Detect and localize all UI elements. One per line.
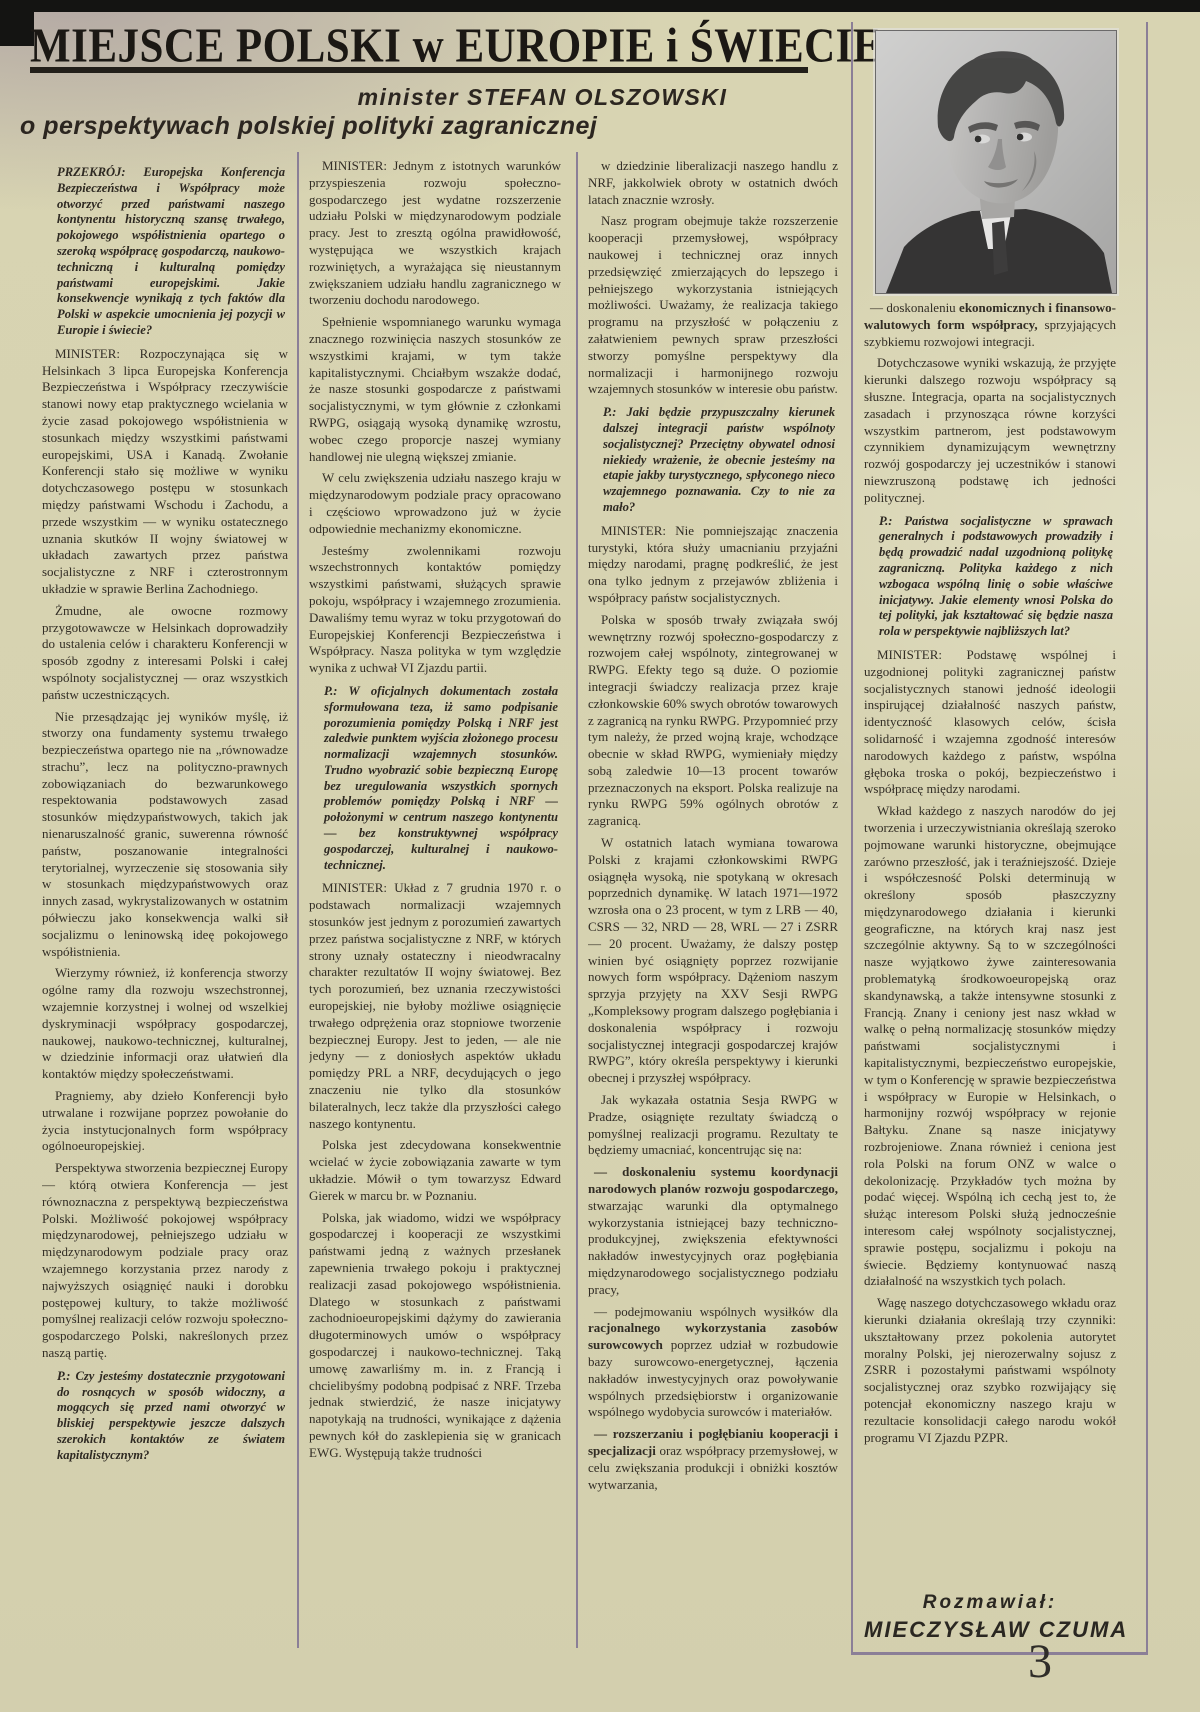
newspaper-page: MIEJSCE POLSKI w EUROPIE i ŚWIECIE minis… <box>0 0 1200 1712</box>
paragraph: — podejmowaniu wspólnych wysiłków dla ra… <box>588 1304 838 1422</box>
column-rule <box>851 22 853 1652</box>
paragraph: Polska, jak wiadomo, widzi we współpracy… <box>309 1210 561 1462</box>
column-rule <box>297 152 299 1648</box>
paragraph: MINISTER: Nie pomniejszając znaczenia tu… <box>588 523 838 607</box>
paragraph: Dotychczasowe wyniki wskazują, że przyję… <box>864 355 1116 506</box>
paragraph: Wkład każdego z naszych narodów do jej t… <box>864 803 1116 1290</box>
text-column-2: MINISTER: Jednym z istotnych warunków pr… <box>309 158 561 1646</box>
subheadline-minister-name: minister STEFAN OLSZOWSKI <box>280 84 805 111</box>
paragraph: Pragniemy, aby dzieło Konferencji było u… <box>42 1088 288 1155</box>
byline-label: Rozmawiał: <box>864 1592 1116 1614</box>
paragraph: Polska w sposób trwały związała swój wew… <box>588 612 838 830</box>
paragraph: MINISTER: Podstawę wspólnej i uzgodnione… <box>864 647 1116 798</box>
minister-portrait-photo <box>875 30 1117 294</box>
paragraph: Polska jest zdecydowana konsekwentnie wc… <box>309 1137 561 1204</box>
paragraph: — doskonaleniu ekonomicznych i finansowo… <box>864 300 1116 350</box>
paragraph: Wagę naszego dotychczasowego wkładu oraz… <box>864 1295 1116 1446</box>
paragraph: Perspektywa stworzenia bezpiecznej Europ… <box>42 1160 288 1362</box>
paragraph: Jak wykazała ostatnia Sesja RWPG w Pradz… <box>588 1092 838 1159</box>
paragraph: w dziedzinie liberalizacji naszego handl… <box>588 158 838 208</box>
paragraph: MINISTER: Jednym z istotnych warunków pr… <box>309 158 561 309</box>
scan-top-edge <box>0 0 1200 12</box>
paragraph: Nasz program obejmuje także rozszerzenie… <box>588 213 838 398</box>
paragraph: W celu zwiększenia udziału naszego kraju… <box>309 470 561 537</box>
paragraph: P.: Czy jesteśmy dostatecznie przygotowa… <box>42 1369 288 1464</box>
text-column-3: w dziedzinie liberalizacji naszego handl… <box>588 158 838 1646</box>
column-rule <box>1146 22 1148 1652</box>
headline-underline <box>30 67 808 73</box>
paragraph: Spełnienie wspomnianego warunku wymaga z… <box>309 314 561 465</box>
page-number: 3 <box>1000 1634 1080 1689</box>
column-rule <box>576 152 578 1648</box>
paragraph: — doskonaleniu systemu koordynacji narod… <box>588 1164 838 1298</box>
text-column-4: — doskonaleniu ekonomicznych i finansowo… <box>864 300 1116 1590</box>
paragraph: W ostatnich latach wymiana towarowa Pols… <box>588 835 838 1087</box>
portrait-illustration <box>876 31 1116 293</box>
paragraph: MINISTER: Układ z 7 grudnia 1970 r. o po… <box>309 880 561 1132</box>
paragraph: MINISTER: Rozpoczynająca się w Helsinkac… <box>42 346 288 598</box>
paragraph: — rozszerzaniu i pogłębianiu kooperacji … <box>588 1426 838 1493</box>
scan-corner-shadow <box>0 0 34 46</box>
paragraph: P.: Państwa socjalistyczne w sprawach ge… <box>864 514 1116 640</box>
paragraph: P.: Jaki będzie przypuszczalny kierunek … <box>588 405 838 516</box>
text-column-1: PRZEKRÓJ: Europejska Konferencja Bezpiec… <box>42 158 288 1646</box>
paragraph: Żmudne, ale owocne rozmowy przygotowawcz… <box>42 603 288 704</box>
paragraph: PRZEKRÓJ: Europejska Konferencja Bezpiec… <box>42 165 288 339</box>
article-headline: MIEJSCE POLSKI w EUROPIE i ŚWIECIE <box>30 18 815 74</box>
paragraph: P.: W oficjalnych dokumentach została sf… <box>309 684 561 874</box>
paragraph: Wierzymy również, iż konferencja stworzy… <box>42 965 288 1083</box>
paragraph: Jesteśmy zwolennikami rozwoju wszechstro… <box>309 543 561 677</box>
subheadline-topic: o perspektywach polskiej polityki zagran… <box>20 112 830 141</box>
paragraph: Nie przesądzając jej wyników myślę, iż s… <box>42 709 288 961</box>
